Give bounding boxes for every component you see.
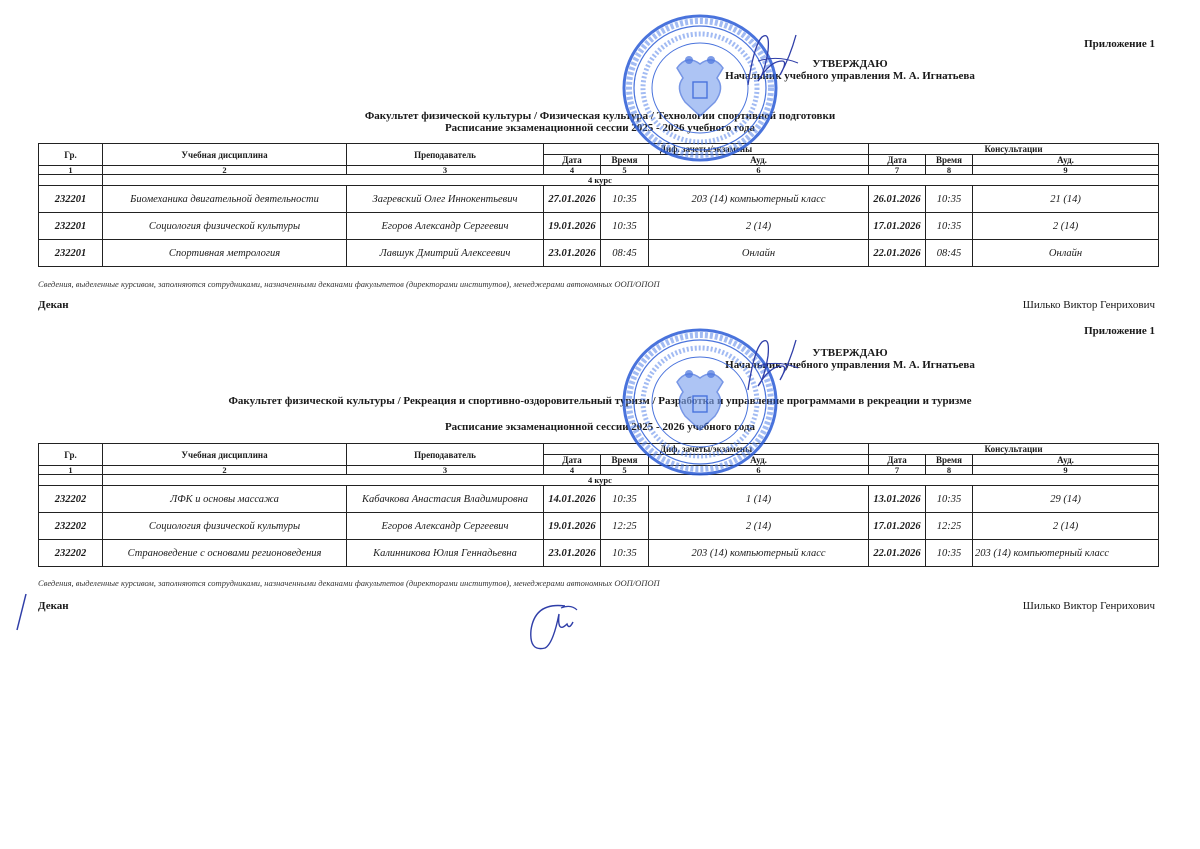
- header-exams: Диф. зачеты/экзамены: [544, 444, 869, 455]
- table-row: 232201 Социология физической культуры Ег…: [39, 213, 1159, 240]
- cell-discipline: Социология физической культуры: [103, 513, 347, 540]
- course-row: 4 курс: [103, 175, 1159, 186]
- cell-exam-time: 08:45: [601, 240, 649, 267]
- cell-group: 232201: [39, 186, 103, 213]
- italic-note: Сведения, выделенные курсивом, заполняют…: [38, 578, 660, 588]
- table-row: 232201 Биомеханика двигательной деятельн…: [39, 186, 1159, 213]
- cell-discipline: Социология физической культуры: [103, 213, 347, 240]
- cell-cons-time: 12:25: [926, 513, 973, 540]
- italic-note: Сведения, выделенные курсивом, заполняют…: [38, 279, 660, 289]
- schedule-table: Гр. Учебная дисциплина Преподаватель Диф…: [38, 143, 1159, 267]
- col-number: 2: [103, 466, 347, 475]
- table-row: 232202 Страноведение с основами регионов…: [39, 540, 1159, 567]
- cell-cons-room: 29 (14): [973, 486, 1159, 513]
- header-group: Гр.: [39, 444, 103, 466]
- approve-person: Начальник учебного управления М. А. Игна…: [690, 359, 1010, 371]
- cell-exam-time: 12:25: [601, 513, 649, 540]
- col-number: 1: [39, 466, 103, 475]
- approve-person: Начальник учебного управления М. А. Игна…: [690, 70, 1010, 82]
- cell-discipline: Страноведение с основами регионоведения: [103, 540, 347, 567]
- cell-exam-room: 1 (14): [649, 486, 869, 513]
- course-empty-cell: [39, 175, 103, 186]
- table-row: 232202 ЛФК и основы массажа Кабачкова Ан…: [39, 486, 1159, 513]
- header-exam-date: Дата: [544, 155, 601, 166]
- approve-title: УТВЕРЖДАЮ: [690, 58, 1010, 70]
- col-number: 5: [601, 166, 649, 175]
- cell-exam-time: 10:35: [601, 186, 649, 213]
- faculty-line: Факультет физической культуры / Рекреаци…: [0, 395, 1200, 407]
- header-exam-date: Дата: [544, 455, 601, 466]
- dean-name: Шилько Виктор Генрихович: [1023, 299, 1155, 311]
- cell-group: 232202: [39, 513, 103, 540]
- cell-cons-date: 26.01.2026: [869, 186, 926, 213]
- cell-exam-date: 14.01.2026: [544, 486, 601, 513]
- cell-teacher: Калинникова Юлия Геннадьевна: [347, 540, 544, 567]
- cell-discipline: Спортивная метрология: [103, 240, 347, 267]
- cell-cons-date: 17.01.2026: [869, 513, 926, 540]
- header-exam-room: Ауд.: [649, 155, 869, 166]
- dean-signature-icon: [525, 600, 585, 655]
- col-number: 9: [973, 166, 1159, 175]
- cell-exam-room: 203 (14) компьютерный класс: [649, 186, 869, 213]
- cell-exam-room: Онлайн: [649, 240, 869, 267]
- header-group: Гр.: [39, 144, 103, 166]
- cell-exam-room: 2 (14): [649, 513, 869, 540]
- cell-cons-time: 10:35: [926, 186, 973, 213]
- course-empty-cell: [39, 475, 103, 486]
- cell-group: 232201: [39, 213, 103, 240]
- cell-exam-room: 203 (14) компьютерный класс: [649, 540, 869, 567]
- cell-teacher: Егоров Александр Сергеевич: [347, 513, 544, 540]
- cell-exam-time: 10:35: [601, 540, 649, 567]
- header-cons-date: Дата: [869, 155, 926, 166]
- cell-exam-time: 10:35: [601, 486, 649, 513]
- header-teacher: Преподаватель: [347, 444, 544, 466]
- approval-stamp-text: УТВЕРЖДАЮ Начальник учебного управления …: [690, 347, 1010, 371]
- cell-exam-date: 23.01.2026: [544, 240, 601, 267]
- header-discipline: Учебная дисциплина: [103, 444, 347, 466]
- approval-stamp-text: УТВЕРЖДАЮ Начальник учебного управления …: [690, 58, 1010, 82]
- col-number: 5: [601, 466, 649, 475]
- table-row: 232202 Социология физической культуры Ег…: [39, 513, 1159, 540]
- col-number: 6: [649, 166, 869, 175]
- col-number: 3: [347, 166, 544, 175]
- header-consultations: Консультации: [869, 444, 1159, 455]
- appendix-label: Приложение 1: [1084, 325, 1155, 337]
- cell-cons-date: 13.01.2026: [869, 486, 926, 513]
- col-number: 8: [926, 466, 973, 475]
- cell-group: 232202: [39, 540, 103, 567]
- cell-cons-room: 203 (14) компьютерный класс: [973, 540, 1159, 567]
- schedule-table: Гр. Учебная дисциплина Преподаватель Диф…: [38, 443, 1159, 567]
- cell-teacher: Загревский Олег Иннокентьевич: [347, 186, 544, 213]
- cell-group: 232201: [39, 240, 103, 267]
- header-teacher: Преподаватель: [347, 144, 544, 166]
- cell-cons-date: 22.01.2026: [869, 240, 926, 267]
- header-exam-room: Ауд.: [649, 455, 869, 466]
- col-number: 1: [39, 166, 103, 175]
- dean-name: Шилько Виктор Генрихович: [1023, 600, 1155, 612]
- col-number: 9: [973, 466, 1159, 475]
- cell-cons-time: 10:35: [926, 213, 973, 240]
- table-row: 232201 Спортивная метрология Лавшук Дмит…: [39, 240, 1159, 267]
- cell-exam-date: 19.01.2026: [544, 213, 601, 240]
- col-number: 7: [869, 166, 926, 175]
- header-cons-room: Ауд.: [973, 455, 1159, 466]
- dean-label: Декан: [38, 299, 69, 311]
- cell-cons-time: 10:35: [926, 540, 973, 567]
- header-exams: Диф. зачеты/экзамены: [544, 144, 869, 155]
- cell-teacher: Лавшук Дмитрий Алексеевич: [347, 240, 544, 267]
- cell-cons-time: 10:35: [926, 486, 973, 513]
- header-consultations: Консультации: [869, 144, 1159, 155]
- appendix-label: Приложение 1: [1084, 38, 1155, 50]
- col-number: 8: [926, 166, 973, 175]
- col-number: 3: [347, 466, 544, 475]
- col-number: 2: [103, 166, 347, 175]
- course-label: 4 курс: [588, 476, 612, 485]
- col-number: 6: [649, 466, 869, 475]
- cell-cons-room: 2 (14): [973, 213, 1159, 240]
- schedule-title: Расписание экзаменационной сессии 2025 -…: [0, 421, 1200, 433]
- cell-cons-date: 17.01.2026: [869, 213, 926, 240]
- schedule-title: Расписание экзаменационной сессии 2025 -…: [0, 122, 1200, 134]
- cell-cons-room: 2 (14): [973, 513, 1159, 540]
- cell-exam-time: 10:35: [601, 213, 649, 240]
- cell-discipline: ЛФК и основы массажа: [103, 486, 347, 513]
- pen-stroke-icon: [14, 592, 30, 632]
- course-row: 4 курс: [103, 475, 1159, 486]
- course-label: 4 курс: [588, 176, 612, 185]
- cell-cons-time: 08:45: [926, 240, 973, 267]
- cell-teacher: Егоров Александр Сергеевич: [347, 213, 544, 240]
- cell-cons-room: 21 (14): [973, 186, 1159, 213]
- cell-cons-room: Онлайн: [973, 240, 1159, 267]
- header-cons-date: Дата: [869, 455, 926, 466]
- header-cons-time: Время: [926, 455, 973, 466]
- cell-group: 232202: [39, 486, 103, 513]
- header-exam-time: Время: [601, 155, 649, 166]
- faculty-line: Факультет физической культуры / Физическ…: [0, 110, 1200, 122]
- cell-discipline: Биомеханика двигательной деятельности: [103, 186, 347, 213]
- col-number: 4: [544, 466, 601, 475]
- cell-teacher: Кабачкова Анастасия Владимировна: [347, 486, 544, 513]
- cell-exam-date: 27.01.2026: [544, 186, 601, 213]
- header-discipline: Учебная дисциплина: [103, 144, 347, 166]
- cell-exam-date: 19.01.2026: [544, 513, 601, 540]
- header-cons-time: Время: [926, 155, 973, 166]
- approve-title: УТВЕРЖДАЮ: [690, 347, 1010, 359]
- cell-cons-date: 22.01.2026: [869, 540, 926, 567]
- col-number: 7: [869, 466, 926, 475]
- cell-exam-date: 23.01.2026: [544, 540, 601, 567]
- col-number: 4: [544, 166, 601, 175]
- header-cons-room: Ауд.: [973, 155, 1159, 166]
- cell-exam-room: 2 (14): [649, 213, 869, 240]
- header-exam-time: Время: [601, 455, 649, 466]
- dean-label: Декан: [38, 600, 69, 612]
